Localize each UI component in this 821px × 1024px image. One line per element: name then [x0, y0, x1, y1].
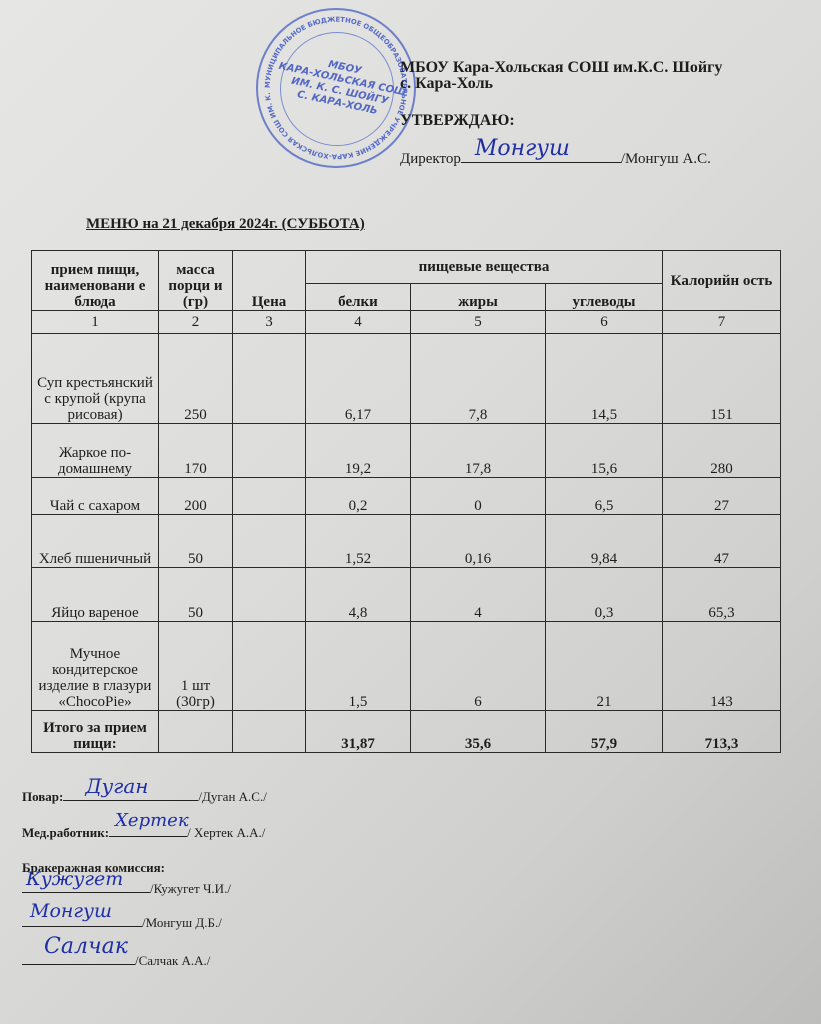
- commission-member-3: Салчак/Салчак А.А./: [22, 950, 210, 969]
- medic-signature: Хертек: [115, 810, 188, 831]
- cell-fat: 4: [411, 568, 546, 622]
- cell-dish: Мучное кондитерское изделие в глазури «C…: [32, 622, 159, 711]
- header-row: прием пищи, наименовани е блюда масса по…: [32, 251, 781, 284]
- cook-signature-line-blank: Дуган: [63, 786, 198, 801]
- table-row: Чай с сахаром2000,206,527: [32, 478, 781, 515]
- commission-signature: Монгуш: [30, 900, 112, 922]
- col-dish-header: прием пищи, наименовани е блюда: [32, 251, 159, 311]
- approve-label: УТВЕРЖДАЮ:: [400, 112, 515, 130]
- cell-mass: 170: [159, 424, 233, 478]
- commission-name: /Кужугет Ч.И./: [150, 881, 231, 896]
- cell-dish: Хлеб пшеничный: [32, 515, 159, 568]
- cell-dish: Чай с сахаром: [32, 478, 159, 515]
- cell-calories: 47: [663, 515, 781, 568]
- col-fat-header: жиры: [411, 284, 546, 311]
- director-label: Директор: [400, 151, 461, 167]
- director-line: ДиректорМонгуш/Монгуш А.С.: [400, 148, 711, 168]
- total-label: Итого за прием пищи:: [32, 711, 159, 753]
- col-calories-header: Калорийн ость: [663, 251, 781, 311]
- commission-signature-line: Салчак: [22, 950, 135, 965]
- cell-calories: 280: [663, 424, 781, 478]
- cell-calories: 27: [663, 478, 781, 515]
- col-number: 6: [546, 311, 663, 334]
- cell-price: [233, 334, 306, 424]
- cell-protein: 19,2: [306, 424, 411, 478]
- commission-signature-line: Монгуш: [22, 912, 142, 927]
- col-price-header: Цена: [233, 251, 306, 311]
- table-row: Мучное кондитерское изделие в глазури «C…: [32, 622, 781, 711]
- commission-member-2: Монгуш/Монгуш Д.Б./: [22, 912, 222, 931]
- cell-price: [233, 622, 306, 711]
- director-name: /Монгуш А.С.: [621, 151, 711, 167]
- cook-signature-line: Повар:Дуган/Дуган А.С./: [22, 786, 267, 805]
- cell-price: [233, 515, 306, 568]
- commission-member-1: Кужугет/Кужугет Ч.И./: [22, 878, 231, 897]
- total-mass: [159, 711, 233, 753]
- medic-name: / Хертек А.А./: [187, 825, 265, 840]
- col-number: 2: [159, 311, 233, 334]
- col-number: 3: [233, 311, 306, 334]
- cell-mass: 250: [159, 334, 233, 424]
- org-line1: МБОУ Кара-Хольская СОШ им.К.С. Шойгу: [400, 60, 722, 76]
- col-number: 4: [306, 311, 411, 334]
- director-signature-line: Монгуш: [461, 148, 621, 163]
- cook-signature: Дуган: [85, 774, 148, 798]
- cell-price: [233, 478, 306, 515]
- cell-protein: 1,52: [306, 515, 411, 568]
- medic-signature-line: Мед.работник:Хертек/ Хертек А.А./: [22, 822, 265, 841]
- cell-fat: 7,8: [411, 334, 546, 424]
- cell-protein: 6,17: [306, 334, 411, 424]
- col-protein-header: белки: [306, 284, 411, 311]
- total-calories: 713,3: [663, 711, 781, 753]
- director-signature: Монгуш: [475, 136, 570, 161]
- cell-protein: 0,2: [306, 478, 411, 515]
- total-row: Итого за прием пищи: 31,87 35,6 57,9 713…: [32, 711, 781, 753]
- menu-table: прием пищи, наименовани е блюда масса по…: [31, 250, 781, 753]
- org-line2: с. Кара-Холь: [400, 76, 722, 92]
- commission-name: /Салчак А.А./: [135, 953, 210, 968]
- total-fat: 35,6: [411, 711, 546, 753]
- total-carbs: 57,9: [546, 711, 663, 753]
- col-carbs-header: углеводы: [546, 284, 663, 311]
- col-number: 5: [411, 311, 546, 334]
- cell-fat: 0: [411, 478, 546, 515]
- school-stamp: МУНИЦИПАЛЬНОЕ БЮДЖЕТНОЕ ОБЩЕОБРАЗОВАТЕЛЬ…: [256, 8, 416, 168]
- cell-calories: 143: [663, 622, 781, 711]
- column-number-row: 1 2 3 4 5 6 7: [32, 311, 781, 334]
- cell-fat: 0,16: [411, 515, 546, 568]
- col-number: 1: [32, 311, 159, 334]
- commission-signature-line: Кужугет: [22, 878, 150, 893]
- cell-carbs: 9,84: [546, 515, 663, 568]
- cell-mass: 1 шт (30гр): [159, 622, 233, 711]
- cell-fat: 6: [411, 622, 546, 711]
- col-number: 7: [663, 311, 781, 334]
- table-row: Суп крестьянский с крупой (крупа рисовая…: [32, 334, 781, 424]
- cell-carbs: 6,5: [546, 478, 663, 515]
- commission-signature: Кужугет: [26, 868, 123, 890]
- cell-protein: 1,5: [306, 622, 411, 711]
- cell-carbs: 15,6: [546, 424, 663, 478]
- cell-carbs: 14,5: [546, 334, 663, 424]
- menu-title: МЕНЮ на 21 декабря 2024г. (СУББОТА): [86, 216, 365, 233]
- cell-carbs: 0,3: [546, 568, 663, 622]
- cell-dish: Суп крестьянский с крупой (крупа рисовая…: [32, 334, 159, 424]
- total-protein: 31,87: [306, 711, 411, 753]
- col-mass-header: масса порци и (гр): [159, 251, 233, 311]
- medic-signature-line-blank: Хертек: [109, 822, 187, 837]
- cook-name: /Дуган А.С./: [198, 789, 266, 804]
- cell-mass: 200: [159, 478, 233, 515]
- cell-dish: Яйцо вареное: [32, 568, 159, 622]
- nutrients-header: пищевые вещества: [306, 251, 663, 284]
- medic-label: Мед.работник:: [22, 825, 109, 840]
- cook-label: Повар:: [22, 789, 63, 804]
- cell-fat: 17,8: [411, 424, 546, 478]
- total-price: [233, 711, 306, 753]
- cell-dish: Жаркое по-домашнему: [32, 424, 159, 478]
- cell-price: [233, 568, 306, 622]
- table-row: Яйцо вареное504,840,365,3: [32, 568, 781, 622]
- cell-carbs: 21: [546, 622, 663, 711]
- cell-mass: 50: [159, 515, 233, 568]
- commission-name: /Монгуш Д.Б./: [142, 915, 222, 930]
- table-row: Хлеб пшеничный501,520,169,8447: [32, 515, 781, 568]
- table-row: Жаркое по-домашнему17019,217,815,6280: [32, 424, 781, 478]
- cell-calories: 65,3: [663, 568, 781, 622]
- organization-name: МБОУ Кара-Хольская СОШ им.К.С. Шойгу с. …: [400, 60, 722, 92]
- cell-mass: 50: [159, 568, 233, 622]
- cell-calories: 151: [663, 334, 781, 424]
- cell-protein: 4,8: [306, 568, 411, 622]
- commission-signature: Салчак: [44, 934, 128, 959]
- cell-price: [233, 424, 306, 478]
